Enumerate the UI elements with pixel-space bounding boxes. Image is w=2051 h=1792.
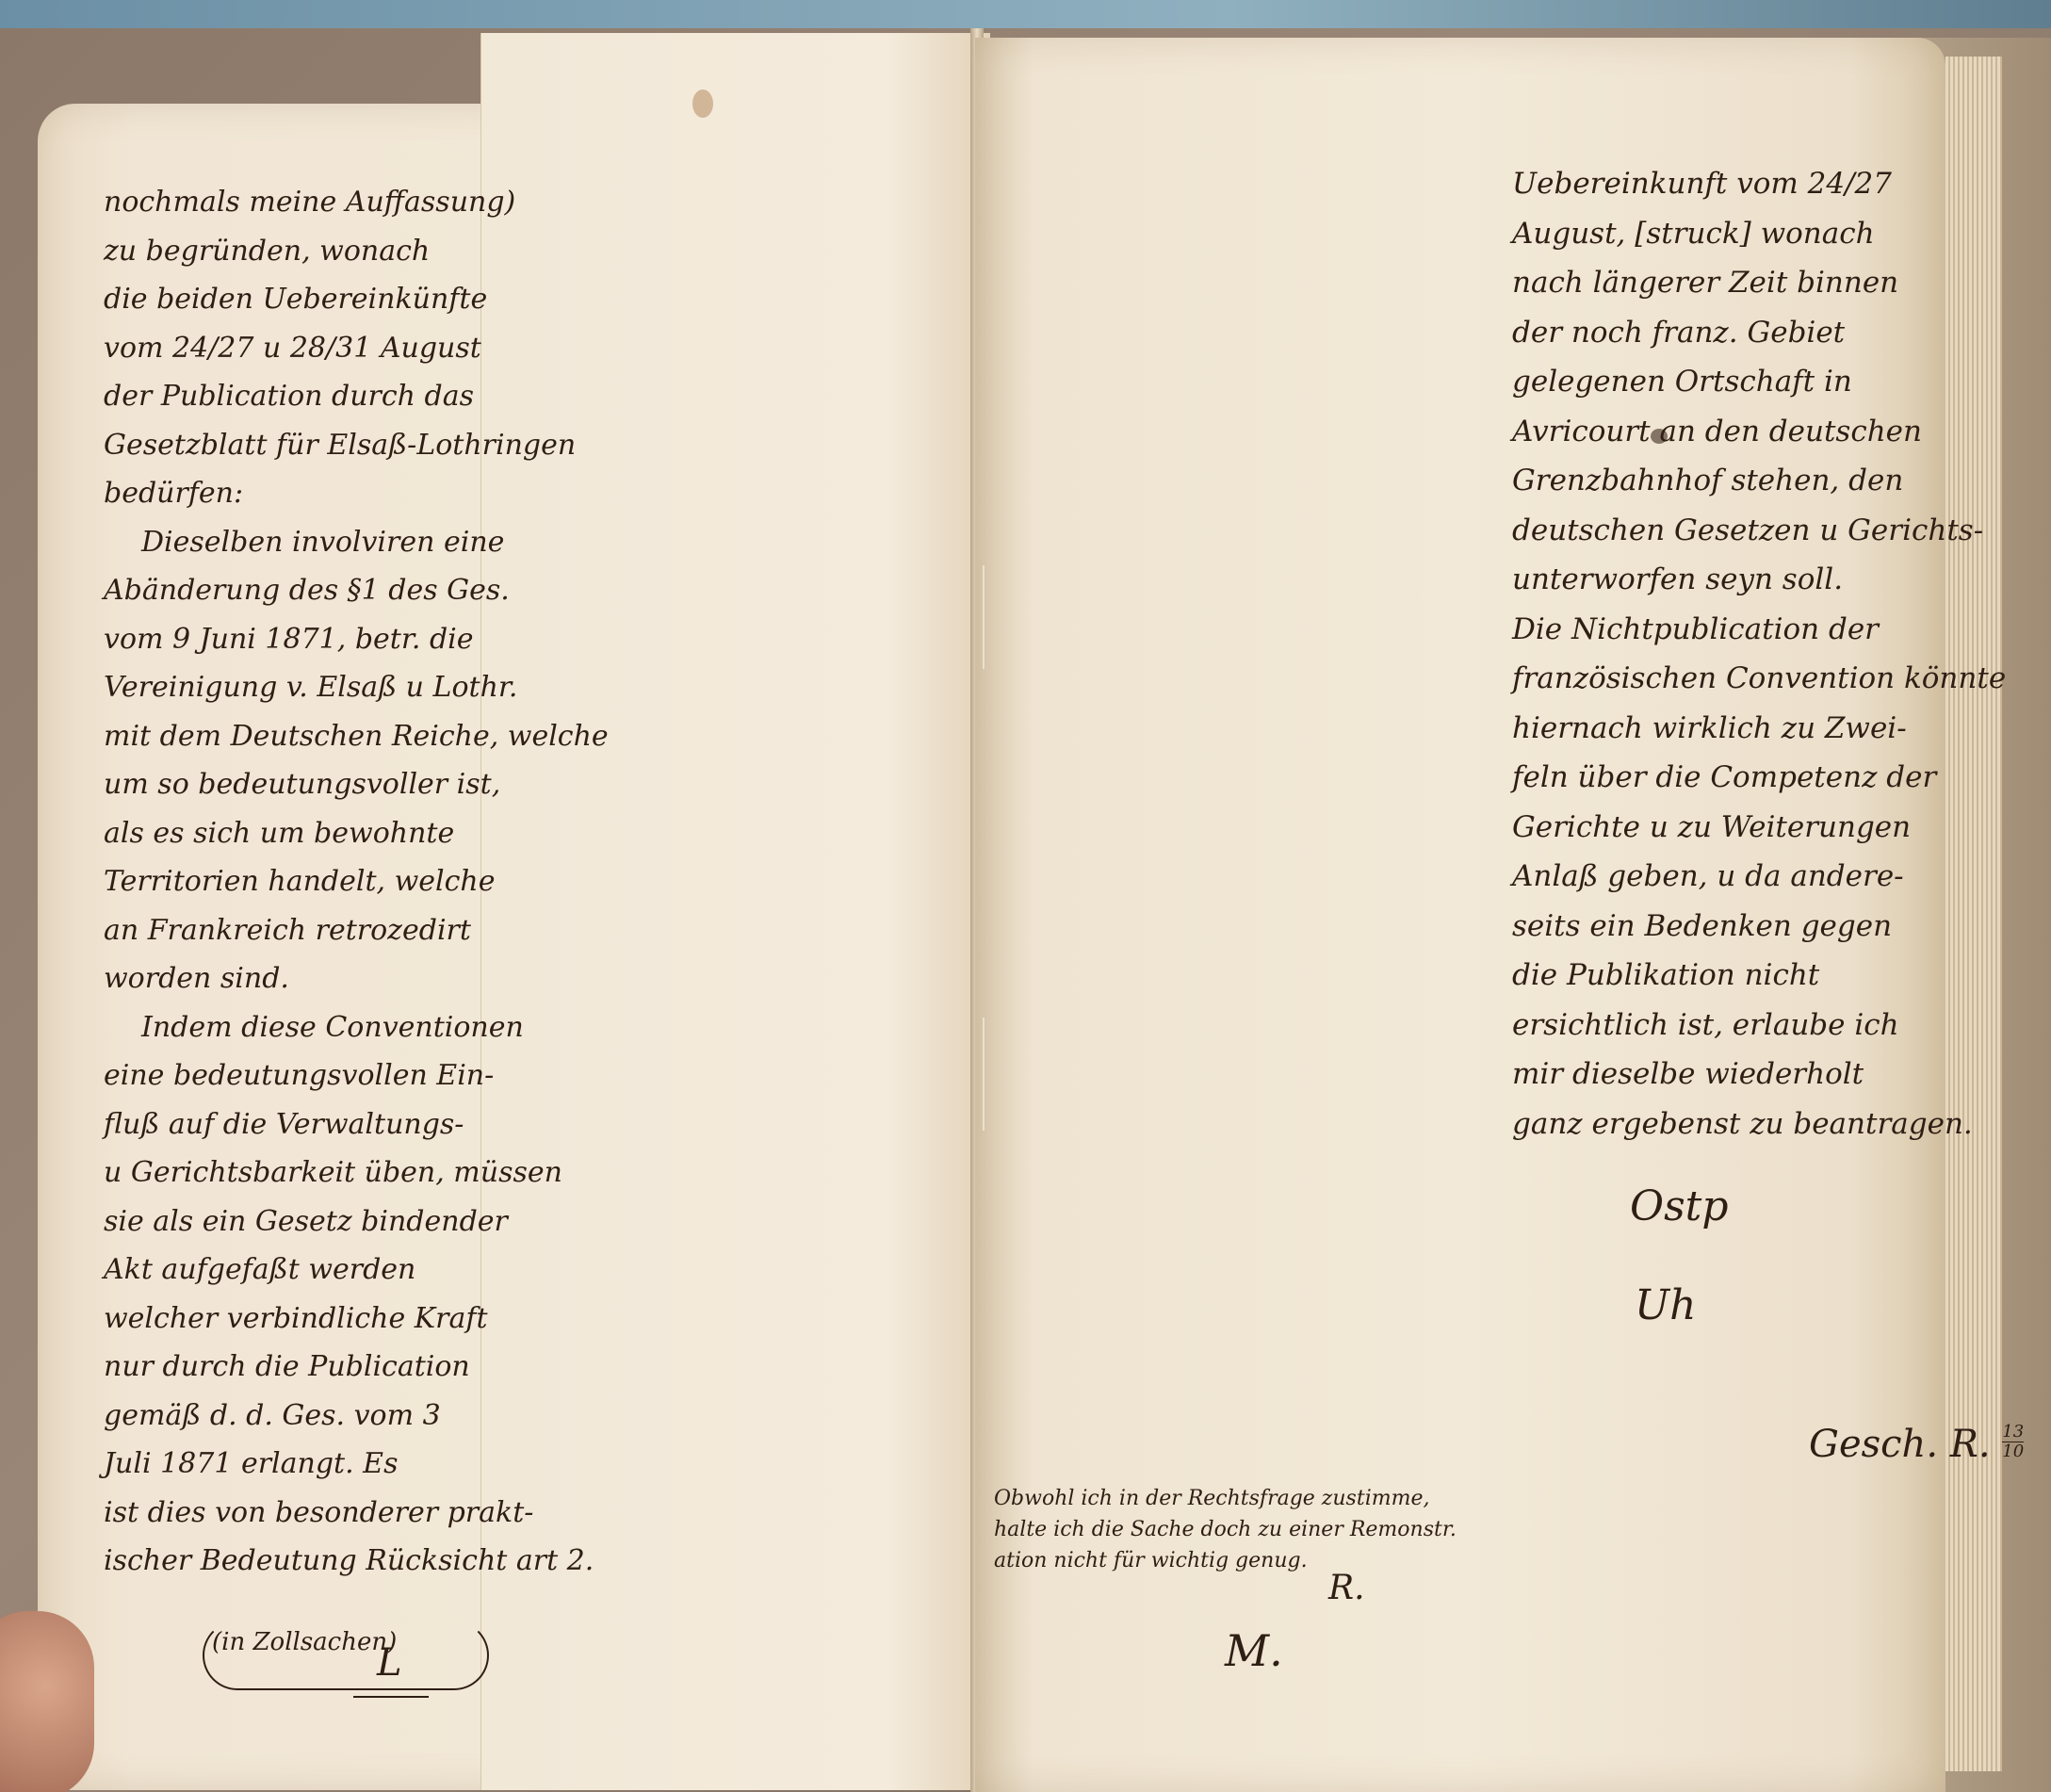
- signature-underline: [353, 1696, 429, 1698]
- initial-text: Gesch. R.: [1809, 1423, 1991, 1466]
- text-line: Vereinigung v. Elsaß u Lothr.: [104, 674, 609, 723]
- text-line: nach längerer Zeit binnen: [1512, 269, 2006, 318]
- text-line: ersichtlich ist, erlaube ich: [1512, 1011, 2006, 1061]
- text-line: als es sich um bewohnte: [104, 820, 609, 869]
- text-line: ist dies von besonderer prakt-: [104, 1499, 609, 1548]
- signature: Uh: [1635, 1281, 1696, 1329]
- text-line: feln über die Competenz der: [1512, 763, 2006, 813]
- text-line: um so bedeutungsvoller ist,: [104, 771, 609, 820]
- text-line: u Gerichtsbarkeit üben, müssen: [104, 1159, 609, 1208]
- text-line: mir dieselbe wiederholt: [1512, 1060, 2006, 1110]
- right-page-text: Uebereinkunft vom 24/27 August, [struck]…: [1512, 170, 2006, 1159]
- binding-thread: [983, 565, 985, 669]
- text-line: hiernach wirklich zu Zwei-: [1512, 714, 2006, 764]
- text-line: Gerichte u zu Weiterungen: [1512, 813, 2006, 863]
- text-line: französischen Convention könnte: [1512, 664, 2006, 714]
- text-line: der Publication durch das: [104, 383, 609, 432]
- initial-signature: M.: [1225, 1625, 1283, 1676]
- text-line: August, [struck] wonach: [1512, 220, 2006, 269]
- text-line: Die Nichtpublication der: [1512, 615, 2006, 665]
- text-line: eine bedeutungsvollen Ein-: [104, 1062, 609, 1111]
- text-line: zu begründen, wonach: [104, 237, 609, 286]
- text-line: Anlaß geben, u da andere-: [1512, 862, 2006, 912]
- text-line: die Publikation nicht: [1512, 961, 2006, 1011]
- thumb: [0, 1611, 94, 1792]
- text-line: gelegenen Ortschaft in: [1512, 367, 2006, 417]
- text-line: Akt aufgefaßt werden: [104, 1256, 609, 1305]
- text-line: Dieselben involviren eine: [104, 529, 609, 578]
- text-line: Indem diese Conventionen: [104, 1014, 609, 1063]
- margin-note: Obwohl ich in der Rechtsfrage zustimme, …: [994, 1489, 1457, 1582]
- text-line: fluß auf die Verwaltungs-: [104, 1111, 609, 1160]
- text-line: mit dem Deutschen Reiche, welche: [104, 723, 609, 772]
- text-line: Uebereinkunft vom 24/27: [1512, 170, 2006, 220]
- text-line: bedürfen:: [104, 480, 609, 529]
- text-line: Obwohl ich in der Rechtsfrage zustimme,: [994, 1489, 1457, 1520]
- date-fraction: 13 10: [2002, 1423, 2024, 1461]
- blue-cloth-strip: [0, 0, 2051, 28]
- text-line: Territorien handelt, welche: [104, 868, 609, 917]
- text-line: ation nicht für wichtig genug.: [994, 1551, 1457, 1582]
- text-line: vom 9 Juni 1871, betr. die: [104, 626, 609, 675]
- text-line: ischer Bedeutung Rücksicht art 2.: [104, 1547, 609, 1596]
- text-line: nur durch die Publication: [104, 1353, 609, 1402]
- signature: Ostp: [1630, 1182, 1729, 1230]
- text-line: an Frankreich retrozedirt: [104, 917, 609, 966]
- binding-thread: [983, 1018, 985, 1131]
- initial-signature: R.: [1328, 1569, 1365, 1607]
- initial-signature: L: [377, 1644, 402, 1682]
- text-line: Abänderung des §1 des Ges.: [104, 577, 609, 626]
- text-line: Gesetzblatt für Elsaß-Lothringen: [104, 432, 609, 481]
- text-line: die beiden Uebereinkünfte: [104, 285, 609, 334]
- text-line: gemäß d. d. Ges. vom 3: [104, 1402, 609, 1451]
- text-line: welcher verbindliche Kraft: [104, 1305, 609, 1354]
- text-line: Grenzbahnhof stehen, den: [1512, 466, 2006, 516]
- left-page-text: nochmals meine Auffassung) zu begründen,…: [104, 188, 609, 1596]
- text-line: unterworfen seyn soll.: [1512, 565, 2006, 615]
- text-line: nochmals meine Auffassung): [104, 188, 609, 237]
- text-line: worden sind.: [104, 965, 609, 1014]
- text-line: sie als ein Gesetz bindender: [104, 1208, 609, 1257]
- text-line: der noch franz. Gebiet: [1512, 318, 2006, 368]
- bracketed-note: (in Zollsachen): [212, 1630, 397, 1654]
- text-line: halte ich die Sache doch zu einer Remons…: [994, 1520, 1457, 1551]
- text-line: Juli 1871 erlangt. Es: [104, 1450, 609, 1499]
- text-line: ganz ergebenst zu beantragen.: [1512, 1110, 2006, 1160]
- ink-stain: [692, 90, 713, 118]
- text-line: deutschen Gesetzen u Gerichts-: [1512, 516, 2006, 566]
- text-line: vom 24/27 u 28/31 August: [104, 334, 609, 383]
- text-line: seits ein Bedenken gegen: [1512, 912, 2006, 962]
- dated-initial: Gesch. R. 13 10: [1809, 1423, 2024, 1466]
- text-line: Avricourt an den deutschen: [1512, 417, 2006, 467]
